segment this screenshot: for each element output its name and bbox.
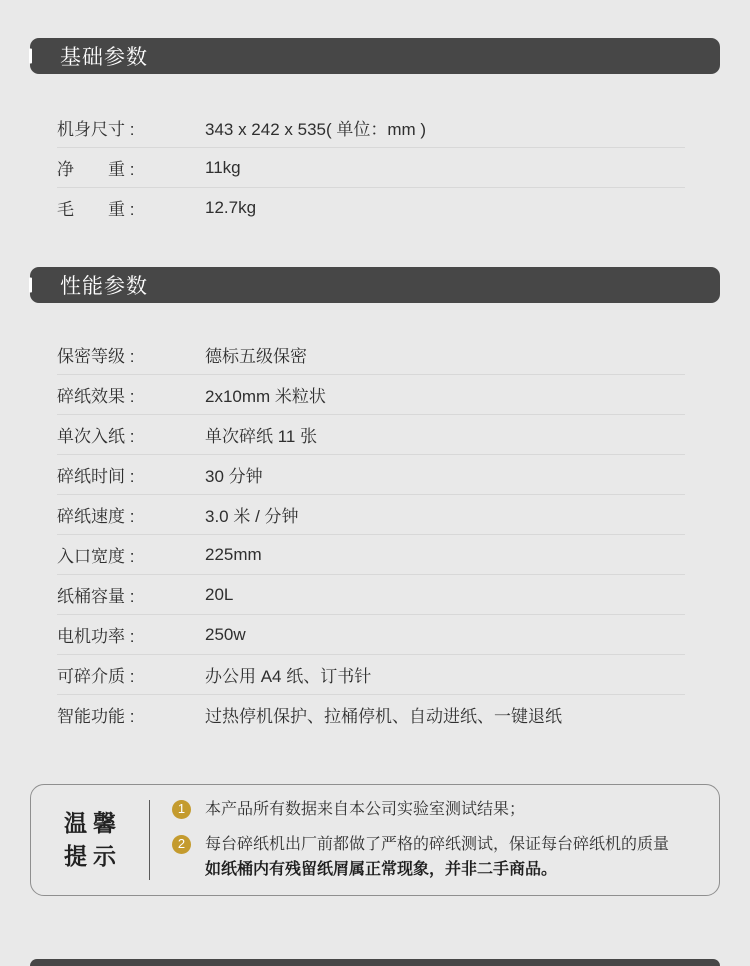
spec-row: 毛 重 : 12.7kg: [57, 188, 685, 227]
tip-text: 本产品所有数据来自本公司实验室测试结果；: [205, 797, 525, 823]
spec-row: 碎纸时间 : 30 分钟: [57, 455, 685, 495]
spec-row: 碎纸效果 : 2x10mm 米粒状: [57, 375, 685, 415]
spec-label: 机身尺寸 :: [57, 115, 205, 140]
spec-label: 入口宽度 :: [57, 542, 205, 567]
performance-params-table: 保密等级 : 德标五级保密 碎纸效果 : 2x10mm 米粒状 单次入纸 : 单…: [57, 335, 685, 734]
warm-tips-title-line2: 提示: [31, 840, 149, 873]
spec-label: 纸桶容量 :: [57, 582, 205, 607]
spec-row: 可碎介质 : 办公用 A4 纸、订书针: [57, 655, 685, 695]
spec-label: 单次入纸 :: [57, 422, 205, 447]
warm-tips-title: 温馨 提示: [31, 807, 149, 874]
tip-text-line: 每台碎纸机出厂前都做了严格的碎纸测试，保证每台碎纸机的质量: [205, 836, 669, 853]
section-header-performance-params: 性能参数: [30, 267, 720, 303]
tip-item: 2 每台碎纸机出厂前都做了严格的碎纸测试，保证每台碎纸机的质量 如纸桶内有残留纸…: [172, 832, 701, 883]
tip-number-badge: 2: [172, 835, 191, 854]
spec-value: 办公用 A4 纸、订书针: [205, 662, 371, 687]
section-header-basic-params: 基础参数: [30, 38, 720, 74]
spec-row: 入口宽度 : 225mm: [57, 535, 685, 575]
basic-params-table: 机身尺寸 : 343 x 242 x 535( 单位：mm ) 净 重 : 11…: [57, 108, 685, 227]
spec-label: 电机功率 :: [57, 622, 205, 647]
spec-value: 20L: [205, 585, 233, 605]
spec-value: 343 x 242 x 535( 单位：mm ): [205, 115, 426, 140]
spec-value: 30 分钟: [205, 462, 263, 487]
spec-value: 11kg: [205, 158, 241, 178]
tip-item: 1 本产品所有数据来自本公司实验室测试结果；: [172, 797, 701, 823]
spec-row: 机身尺寸 : 343 x 242 x 535( 单位：mm ): [57, 108, 685, 148]
tip-text-line: 本产品所有数据来自本公司实验室测试结果；: [205, 801, 525, 818]
spec-value: 2x10mm 米粒状: [205, 382, 326, 407]
spec-row: 电机功率 : 250w: [57, 615, 685, 655]
spec-label: 碎纸时间 :: [57, 462, 205, 487]
spec-row: 净 重 : 11kg: [57, 148, 685, 188]
spec-value: 过热停机保护、拉桶停机、自动进纸、一键退纸: [205, 702, 562, 727]
spec-value: 单次碎纸 11 张: [205, 422, 317, 447]
spec-label: 碎纸效果 :: [57, 382, 205, 407]
tip-number-badge: 1: [172, 800, 191, 819]
section-title: 性能参数: [60, 270, 148, 300]
spec-row: 保密等级 : 德标五级保密: [57, 335, 685, 375]
next-section-bar-cutoff: [30, 959, 720, 966]
spec-label: 保密等级 :: [57, 342, 205, 367]
tip-text-bold-line: 如纸桶内有残留纸屑属正常现象，并非二手商品。: [205, 857, 669, 883]
spec-row: 单次入纸 : 单次碎纸 11 张: [57, 415, 685, 455]
spec-value: 250w: [205, 625, 246, 645]
spec-value: 225mm: [205, 545, 262, 565]
spec-value: 3.0 米 / 分钟: [205, 502, 299, 527]
spec-row: 碎纸速度 : 3.0 米 / 分钟: [57, 495, 685, 535]
warm-tips-box: 温馨 提示 1 本产品所有数据来自本公司实验室测试结果； 2 每台碎纸机出厂前都…: [30, 784, 720, 896]
spec-label: 净 重 :: [57, 155, 205, 180]
section-title: 基础参数: [60, 41, 148, 71]
spec-row: 智能功能 : 过热停机保护、拉桶停机、自动进纸、一键退纸: [57, 695, 685, 734]
tip-text: 每台碎纸机出厂前都做了严格的碎纸测试，保证每台碎纸机的质量 如纸桶内有残留纸屑属…: [205, 832, 669, 883]
spec-value: 12.7kg: [205, 198, 256, 218]
spec-row: 纸桶容量 : 20L: [57, 575, 685, 615]
spec-label: 碎纸速度 :: [57, 502, 205, 527]
spec-label: 智能功能 :: [57, 702, 205, 727]
spec-label: 毛 重 :: [57, 195, 205, 220]
spec-label: 可碎介质 :: [57, 662, 205, 687]
header-accent-tick: [29, 278, 32, 293]
tips-item-list: 1 本产品所有数据来自本公司实验室测试结果； 2 每台碎纸机出厂前都做了严格的碎…: [150, 797, 719, 883]
warm-tips-title-line1: 温馨: [31, 807, 149, 840]
spec-value: 德标五级保密: [205, 342, 307, 367]
header-accent-tick: [29, 49, 32, 64]
